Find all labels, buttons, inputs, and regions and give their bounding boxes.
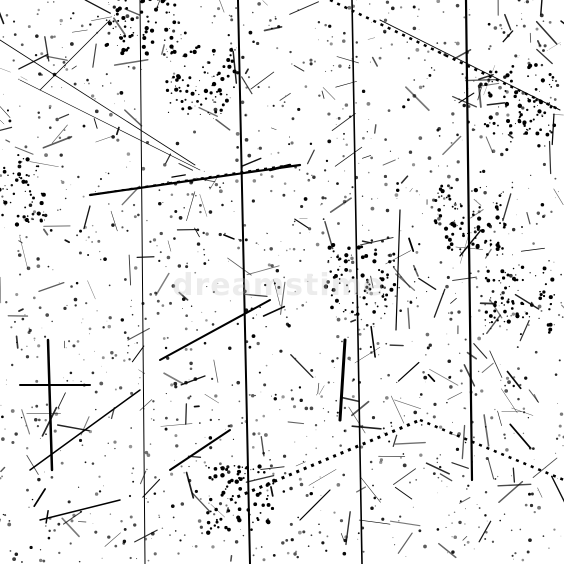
scratch-layer — [0, 0, 564, 564]
grunge-texture: dreamstime — [0, 0, 564, 564]
